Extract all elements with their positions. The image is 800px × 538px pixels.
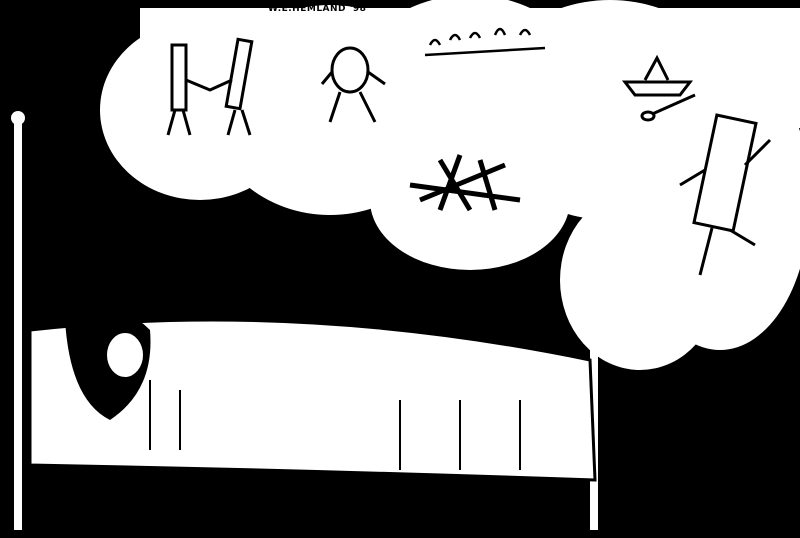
illustration: W.E.HEMLAND '98 xyxy=(0,0,800,538)
artist-signature: W.E.HEMLAND '98 xyxy=(268,4,366,14)
illustration-drawing xyxy=(0,0,800,538)
